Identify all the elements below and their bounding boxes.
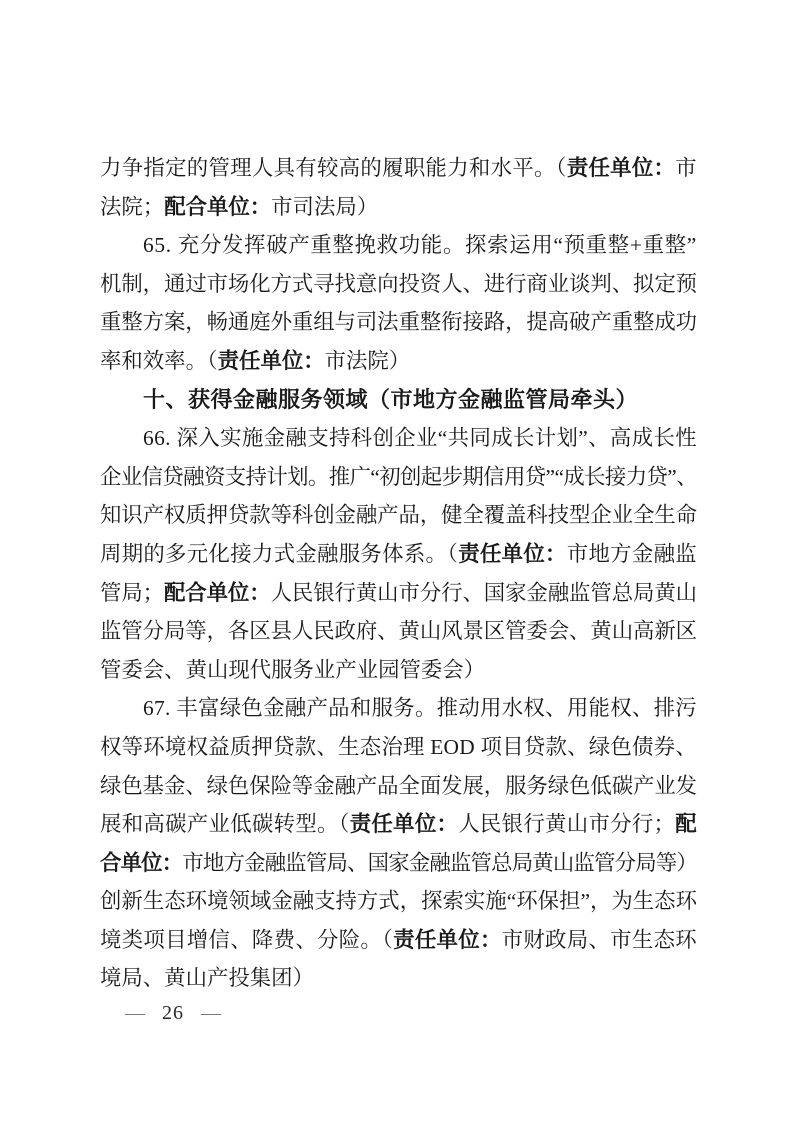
line-text: 法院；配合单位：市司法局） [100, 195, 378, 219]
text-line: 展和高碳产业低碳转型。（责任单位：人民银行黄山市分行；配 [100, 805, 697, 844]
regular-text: 66. 深入实施金融支持科创企业“共同成长计划”、高成长性 [143, 426, 697, 450]
text-line: 知识产权质押贷款等科创金融产品，健全覆盖科技型企业全生命 [100, 496, 697, 535]
text-line: 重整方案，畅通庭外重组与司法重整衔接路，提高破产重整成功 [100, 303, 697, 342]
line-text: 境局、黄山产投集团） [100, 966, 314, 990]
line-text: 管委会、黄山现代服务业产业园管委会） [100, 658, 485, 682]
text-line: 创新生态环境领域金融支持方式，探索实施“环保担”，为生态环 [100, 882, 697, 921]
text-line: 监管分局等，各区县人民政府、黄山风景区管委会、黄山高新区 [100, 612, 697, 651]
line-text: 知识产权质押贷款等科创金融产品，健全覆盖科技型企业全生命 [100, 503, 697, 527]
section-heading: 十、获得金融服务领域（市地方金融监管局牵头） [100, 381, 697, 420]
regular-text: 市地方金融监管局、国家金融监管总局黄山监管分局等） [182, 851, 697, 875]
bold-text: 责任单位： [393, 928, 502, 952]
regular-text: 展和高碳产业低碳转型。（ [100, 812, 350, 836]
regular-text: 67. 丰富绿色金融产品和服务。推动用水权、用能权、排污 [143, 696, 697, 720]
line-text: 管局；配合单位：人民银行黄山市分行、国家金融监管总局黄山 [100, 581, 697, 605]
regular-text: 境类项目增信、降费、分险。（ [100, 928, 393, 952]
text-line: 66. 深入实施金融支持科创企业“共同成长计划”、高成长性 [100, 419, 697, 458]
regular-text: 监管分局等，各区县人民政府、黄山风景区管委会、黄山高新区 [100, 619, 697, 643]
line-text: 力争指定的管理人具有较高的履职能力和水平。（责任单位：市 [100, 156, 697, 180]
line-text: 绿色基金、绿色保险等金融产品全面发展，服务绿色低碳产业发 [100, 774, 697, 798]
regular-text: 权等环境权益质押贷款、生态治理 EOD 项目贷款、绿色债券、 [100, 735, 697, 759]
bold-text: 十、获得金融服务领域（市地方金融监管局牵头） [143, 387, 638, 412]
text-line: 权等环境权益质押贷款、生态治理 EOD 项目贷款、绿色债券、 [100, 728, 697, 767]
line-text: 创新生态环境领域金融支持方式，探索实施“环保担”，为生态环 [100, 889, 697, 913]
text-line: 绿色基金、绿色保险等金融产品全面发展，服务绿色低碳产业发 [100, 767, 697, 806]
bold-text: 责任单位： [458, 542, 567, 566]
bold-text: 配 [675, 812, 697, 836]
bold-text: 合单位： [100, 851, 182, 875]
line-text: 权等环境权益质押贷款、生态治理 EOD 项目贷款、绿色债券、 [100, 735, 697, 759]
bold-text: 配合单位： [164, 195, 271, 219]
regular-text: 市地方金融监 [567, 542, 697, 566]
text-line: 企业信贷融资支持计划。推广“初创起步期信用贷”“成长接力贷”、 [100, 458, 697, 497]
document-page: 力争指定的管理人具有较高的履职能力和水平。（责任单位：市法院；配合单位：市司法局… [0, 0, 793, 1122]
regular-text: 企业信贷融资支持计划。推广“初创起步期信用贷”“成长接力贷”、 [100, 465, 697, 489]
page-footer: — 26 — [125, 1000, 221, 1026]
line-text: 合单位：市地方金融监管局、国家金融监管总局黄山监管分局等） [100, 851, 697, 875]
bold-text: 责任单位： [350, 812, 459, 836]
text-line: 力争指定的管理人具有较高的履职能力和水平。（责任单位：市 [100, 149, 697, 188]
regular-text: 市 [675, 156, 697, 180]
text-line: 合单位：市地方金融监管局、国家金融监管总局黄山监管分局等） [100, 844, 697, 883]
regular-text: 境局、黄山产投集团） [100, 966, 314, 990]
text-line: 境类项目增信、降费、分险。（责任单位：市财政局、市生态环 [100, 921, 697, 960]
regular-text: 人民银行黄山市分行； [458, 812, 675, 836]
footer-dash-right: — [201, 1000, 221, 1026]
regular-text: 重整方案，畅通庭外重组与司法重整衔接路，提高破产重整成功 [100, 310, 697, 334]
text-line: 管委会、黄山现代服务业产业园管委会） [100, 651, 697, 690]
regular-text: 管局； [100, 581, 164, 605]
text-line: 65. 充分发挥破产重整挽救功能。探索运用“预重整+重整” [100, 226, 697, 265]
line-text: 机制，通过市场化方式寻找意向投资人、进行商业谈判、拟定预 [100, 272, 697, 296]
line-text: 展和高碳产业低碳转型。（责任单位：人民银行黄山市分行；配 [100, 812, 697, 836]
page-number: 26 [162, 1000, 184, 1026]
regular-text: 法院； [100, 195, 164, 219]
line-text: 67. 丰富绿色金融产品和服务。推动用水权、用能权、排污 [143, 696, 697, 720]
line-text: 率和效率。（责任单位：市法院） [100, 349, 410, 373]
text-line: 率和效率。（责任单位：市法院） [100, 342, 697, 381]
regular-text: 管委会、黄山现代服务业产业园管委会） [100, 658, 485, 682]
regular-text: 市司法局） [271, 195, 378, 219]
text-line: 67. 丰富绿色金融产品和服务。推动用水权、用能权、排污 [100, 689, 697, 728]
line-text: 65. 充分发挥破产重整挽救功能。探索运用“预重整+重整” [143, 233, 697, 257]
regular-text: 机制，通过市场化方式寻找意向投资人、进行商业谈判、拟定预 [100, 272, 697, 296]
regular-text: 率和效率。（ [100, 349, 218, 373]
line-text: 周期的多元化接力式金融服务体系。（责任单位：市地方金融监 [100, 542, 697, 566]
bold-text: 责任单位： [567, 156, 676, 180]
text-line: 境局、黄山产投集团） [100, 959, 697, 998]
bold-text: 配合单位： [164, 581, 271, 605]
text-line: 机制，通过市场化方式寻找意向投资人、进行商业谈判、拟定预 [100, 265, 697, 304]
line-text: 十、获得金融服务领域（市地方金融监管局牵头） [143, 387, 638, 412]
line-text: 境类项目增信、降费、分险。（责任单位：市财政局、市生态环 [100, 928, 697, 952]
line-text: 66. 深入实施金融支持科创企业“共同成长计划”、高成长性 [143, 426, 697, 450]
footer-dash-left: — [125, 1000, 145, 1026]
regular-text: 人民银行黄山市分行、国家金融监管总局黄山 [271, 581, 697, 605]
line-text: 重整方案，畅通庭外重组与司法重整衔接路，提高破产重整成功 [100, 310, 697, 334]
text-line: 周期的多元化接力式金融服务体系。（责任单位：市地方金融监 [100, 535, 697, 574]
regular-text: 周期的多元化接力式金融服务体系。（ [100, 542, 458, 566]
regular-text: 65. 充分发挥破产重整挽救功能。探索运用“预重整+重整” [143, 233, 697, 257]
text-line: 管局；配合单位：人民银行黄山市分行、国家金融监管总局黄山 [100, 574, 697, 613]
bold-text: 责任单位： [218, 349, 325, 373]
line-text: 企业信贷融资支持计划。推广“初创起步期信用贷”“成长接力贷”、 [100, 465, 697, 489]
regular-text: 创新生态环境领域金融支持方式，探索实施“环保担”，为生态环 [100, 889, 697, 913]
text-line: 法院；配合单位：市司法局） [100, 188, 697, 227]
regular-text: 绿色基金、绿色保险等金融产品全面发展，服务绿色低碳产业发 [100, 774, 697, 798]
regular-text: 市法院） [325, 349, 411, 373]
line-text: 监管分局等，各区县人民政府、黄山风景区管委会、黄山高新区 [100, 619, 697, 643]
regular-text: 力争指定的管理人具有较高的履职能力和水平。（ [100, 156, 567, 180]
regular-text: 市财政局、市生态环 [502, 928, 697, 952]
text-block: 力争指定的管理人具有较高的履职能力和水平。（责任单位：市法院；配合单位：市司法局… [100, 149, 697, 998]
regular-text: 知识产权质押贷款等科创金融产品，健全覆盖科技型企业全生命 [100, 503, 697, 527]
